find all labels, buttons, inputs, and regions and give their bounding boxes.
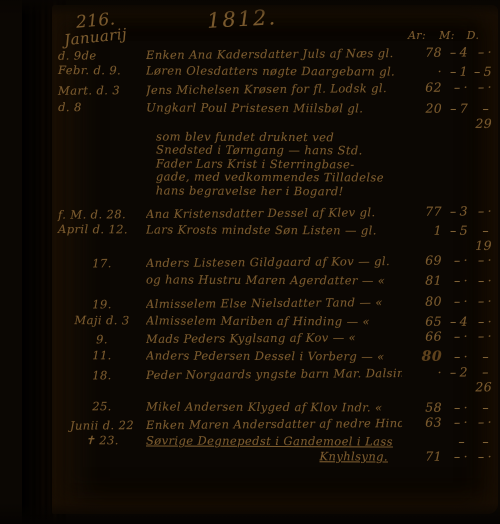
entry-age-months (442, 435, 468, 450)
entry-text: Almisselem Mariben af Hinding — « (146, 314, 402, 329)
entry-age-days: · (468, 415, 492, 430)
entry-row: 9. Mads Peders Kyglsang af Kov — « 66 · … (56, 329, 492, 347)
entry-age: 78 4 · (402, 45, 492, 60)
entry-age-months: · (442, 295, 468, 310)
entry-age-months: · (442, 450, 468, 465)
burial-entry: og hans Hustru Maren Agerdatter — « 81 ·… (56, 272, 492, 289)
entry-continuation-line: hans begravelse her i Bogard! (156, 185, 492, 200)
entry-date: Febr. d. 9. (56, 64, 146, 78)
entry-date: d. 8 (56, 101, 146, 115)
entry-age-years: 20 (414, 102, 442, 117)
entry-age (402, 435, 492, 450)
entry-age-years: 65 (414, 314, 442, 329)
entry-age: 63 · · (402, 415, 492, 430)
entry-row: ✝ 23. Søvrige Degnepedst i Gandemoel i L… (56, 433, 492, 450)
entry-text: Løren Olesdatters nøgte Daargebarn gl. (146, 65, 402, 80)
entry-text: Ungkarl Poul Pristesen Miilsbøl gl. (146, 102, 402, 117)
entry-age-months: · (442, 415, 468, 430)
entry-age: 58 · (402, 400, 492, 415)
entry-age-months: · (442, 400, 468, 415)
entry-row: 17. Anders Listesen Gildgaard af Kov — g… (56, 253, 492, 271)
entry-age-days: · (468, 204, 492, 219)
entry-age: 80 · (402, 349, 492, 366)
entry-date: 19. (56, 298, 146, 312)
entry-age: 80 · · (402, 295, 492, 310)
entry-age: 69 · · (402, 253, 492, 268)
entries-list: d. 9de Enken Ana Kadersdatter Juls af Næ… (56, 47, 492, 466)
burial-entry: 18. Peder Norgaards yngste barn Mar. Dal… (56, 366, 492, 399)
burial-entry: 17. Anders Listesen Gildgaard af Kov — g… (56, 253, 492, 271)
entry-age-days: · (468, 80, 492, 95)
entry-text: Ana Kristensdatter Dessel af Klev gl. (146, 206, 402, 222)
entry-row: d. 8 Ungkarl Poul Pristesen Miilsbøl gl.… (56, 100, 492, 131)
entry-row: d. 9de Enken Ana Kadersdatter Juls af Næ… (56, 45, 492, 63)
burial-entry: ✝ 23. Søvrige Degnepedst i Gandemoel i L… (56, 433, 492, 464)
entry-age-days: · (468, 273, 492, 288)
entry-age-years: · (414, 366, 442, 381)
entry-age-days: · (468, 253, 492, 268)
entry-age-months: · (442, 329, 468, 344)
burial-entry: d. 9de Enken Ana Kadersdatter Juls af Næ… (56, 45, 492, 63)
entry-age-months: 4 (442, 314, 468, 329)
entry-row: f. M. d. 28. Ana Kristensdatter Dessel a… (56, 204, 492, 222)
entry-age-days: 5 (468, 65, 492, 80)
entry-text: Enken Maren Andersdatter af nedre Hindin… (146, 417, 402, 433)
month-heading: Januarij (63, 25, 128, 49)
entry-date: Mart. d. 3 (56, 84, 146, 98)
entry-age-months: · (442, 80, 468, 95)
entry-date: d. 9de (56, 49, 146, 63)
burial-entry: 25. Mikel Andersen Klyged af Klov Indr. … (56, 399, 492, 416)
entry-second-line: Knyhlsyng. 71 · · (56, 448, 492, 465)
entry-text: Mikel Andersen Klyged af Klov Indr. « (146, 400, 402, 415)
entry-text: Enken Ana Kadersdatter Juls af Næs gl. (146, 47, 402, 63)
manuscript-page: 216. Januarij 1812. Ar: M: D. d. 9de Enk… (52, 5, 498, 514)
entry-age-days: 19 (468, 224, 492, 254)
entry-date: Junii d. 22 (56, 419, 146, 433)
entry-age-months: 7 (442, 102, 468, 117)
entry-text: Almisselem Else Nielsdatter Tand — « (146, 296, 402, 312)
age-column-headers: Ar: M: D. (402, 29, 484, 42)
entry-age-months: 4 (442, 45, 468, 60)
entry-age-months: 2 (442, 366, 468, 381)
entry-age-months: · (442, 350, 468, 365)
entry-age-months: 3 (442, 204, 468, 219)
burial-entry: f. M. d. 28. Ana Kristensdatter Dessel a… (56, 204, 492, 222)
entry-text: Peder Norgaards yngste barn Mar. Dalsine… (146, 367, 402, 383)
entry-text: Anders Listesen Gildgaard af Kov — gl. (146, 255, 402, 271)
entry-age-years: 71 (414, 450, 442, 465)
entry-row: Febr. d. 9. Løren Olesdatters nøgte Daar… (56, 63, 492, 80)
entry-text: og hans Hustru Maren Agerdatter — « (146, 273, 402, 288)
entry-age-days: · (468, 295, 492, 310)
burial-entry: Mart. d. 3 Jens Michelsen Krøsen for fl.… (56, 80, 492, 98)
entry-row: Junii d. 22 Enken Maren Andersdatter af … (56, 415, 492, 433)
entry-age: · 2 26 (402, 366, 492, 396)
burial-entry: 11. Anders Pedersen Dessel i Vorberg — «… (56, 347, 492, 365)
entry-age-years: 1 (414, 224, 442, 239)
entry-text: Jens Michelsen Krøsen for fl. Lodsk gl. (146, 82, 402, 98)
entry-age-years: · (414, 65, 442, 80)
entry-age-years: 80 (414, 349, 442, 366)
entry-second-line-text: Knyhlsyng. (56, 449, 402, 464)
entry-age: 71 · · (402, 450, 492, 465)
entry-age: 81 · · (402, 273, 492, 288)
entry-age-days (468, 400, 492, 415)
entry-age-years: 58 (414, 400, 442, 415)
burial-entry: Febr. d. 9. Løren Olesdatters nøgte Daar… (56, 63, 492, 80)
entry-row: 11. Anders Pedersen Dessel i Vorberg — «… (56, 347, 492, 365)
column-header-days: D. (462, 29, 484, 42)
entry-age-years: 81 (414, 273, 442, 288)
entry-age-years: 62 (414, 80, 442, 95)
entry-date: 9. (56, 333, 146, 347)
burial-entry: d. 8 Ungkarl Poul Pristesen Miilsbøl gl.… (56, 100, 492, 199)
entry-date: f. M. d. 28. (56, 208, 146, 222)
burial-entry: Maji d. 3 Almisselem Mariben af Hinding … (56, 313, 492, 330)
entry-age: 62 · · (402, 80, 492, 95)
entry-text: Anders Pedersen Dessel i Vorberg — « (146, 350, 402, 365)
entry-row: April d. 12. Lars Krosts mindste Søn Lis… (56, 222, 492, 253)
entry-age: 77 3 · (402, 204, 492, 219)
entry-text: Lars Krosts mindste Søn Listen — gl. (146, 224, 402, 239)
entry-age: 66 · · (402, 329, 492, 344)
entry-row: Mart. d. 3 Jens Michelsen Krøsen for fl.… (56, 80, 492, 98)
entry-date: 17. (56, 257, 146, 271)
entry-age-days: · (468, 450, 492, 465)
entry-date: 18. (56, 369, 146, 383)
burial-entry: April d. 12. Lars Krosts mindste Søn Lis… (56, 222, 492, 253)
entry-row: 18. Peder Norgaards yngste barn Mar. Dal… (56, 366, 492, 399)
burial-entry: 19. Almisselem Else Nielsdatter Tand — «… (56, 295, 492, 313)
entry-age-days: 26 (468, 366, 492, 396)
entry-date: 25. (56, 400, 146, 414)
entry-text: Søvrige Degnepedst i Gandemoel i Lass (146, 435, 402, 450)
entry-age-months: 1 (442, 65, 468, 80)
entry-age-days: · (468, 314, 492, 329)
entry-row: og hans Hustru Maren Agerdatter — « 81 ·… (56, 272, 492, 289)
column-header-years: Ar: (402, 29, 432, 42)
entry-age-days: 29 (468, 102, 492, 132)
entry-row: 25. Mikel Andersen Klyged af Klov Indr. … (56, 399, 492, 416)
year-heading: 1812. (206, 5, 277, 33)
entry-age-years: 77 (414, 204, 442, 219)
entry-age-months: · (442, 254, 468, 269)
column-header-months: M: (434, 29, 460, 42)
entry-date: 11. (56, 349, 146, 363)
entry-age-years: 80 (414, 295, 442, 310)
manuscript-photo: 216. Januarij 1812. Ar: M: D. d. 9de Enk… (0, 0, 500, 524)
entry-date: April d. 12. (56, 223, 146, 237)
entry-row: 19. Almisselem Else Nielsdatter Tand — «… (56, 295, 492, 313)
entry-age: · 1 5 (402, 65, 492, 80)
entry-age-days (468, 350, 492, 365)
entry-age-years: 66 (414, 330, 442, 345)
entry-age-days (468, 435, 492, 450)
entry-age-months: · (442, 273, 468, 288)
entry-age-years: 78 (414, 46, 442, 61)
entry-age-days: · (468, 329, 492, 344)
entry-age-years: 69 (414, 254, 442, 269)
burial-entry: 9. Mads Peders Kyglsang af Kov — « 66 · … (56, 329, 492, 347)
entry-age: 20 7 29 (402, 102, 492, 132)
entry-date: Maji d. 3 (56, 314, 146, 328)
entry-age: 65 4 · (402, 314, 492, 329)
burial-entry: Junii d. 22 Enken Maren Andersdatter af … (56, 415, 492, 433)
entry-date: ✝ 23. (56, 434, 146, 448)
entry-age-years: 63 (414, 416, 442, 431)
entry-text: Mads Peders Kyglsang af Kov — « (146, 331, 402, 347)
entry-age: 1 5 19 (402, 224, 492, 254)
entry-age-months: 5 (442, 224, 468, 239)
entry-age-days: · (468, 45, 492, 60)
entry-row: Maji d. 3 Almisselem Mariben af Hinding … (56, 313, 492, 330)
